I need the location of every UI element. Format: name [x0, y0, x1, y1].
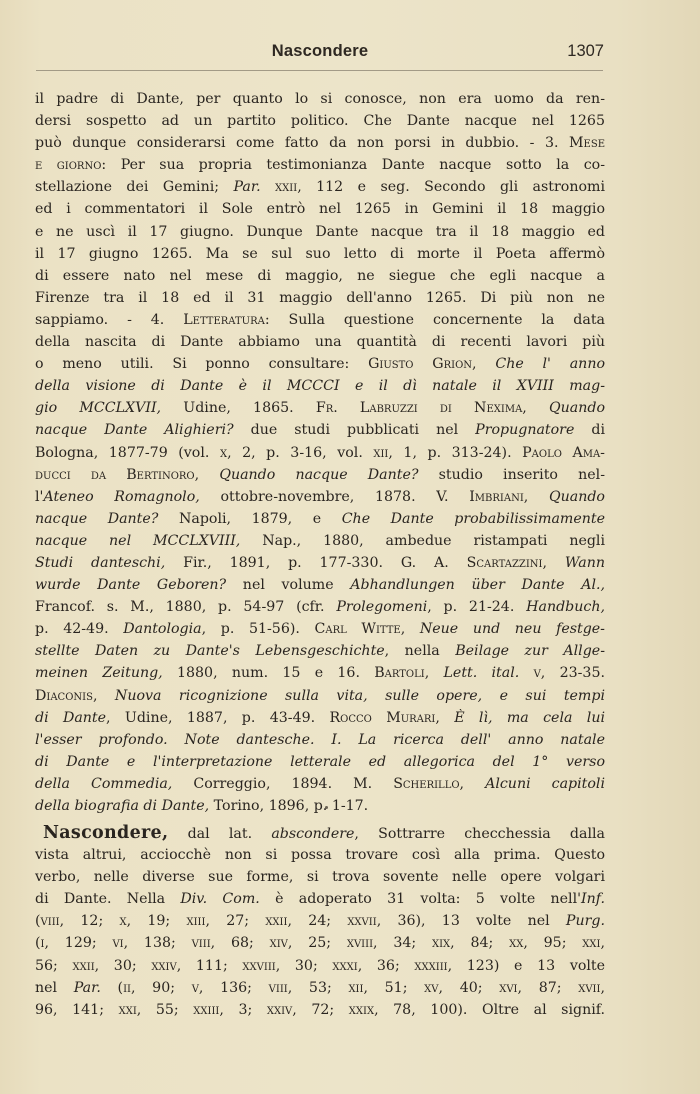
work-title: nacque nel MCCLXVIII, [35, 533, 240, 549]
text-run: , 40; [439, 980, 500, 996]
roman-numeral: x [220, 445, 227, 461]
journal-title: Ateneo Romagnolo, [43, 489, 199, 505]
roman-numeral: xii [373, 445, 388, 461]
text-run: , 34; [373, 935, 432, 951]
text-line: vista altrui, acciocchè non si possa tro… [35, 844, 605, 866]
work-title: nacque Dante Alighieri? [35, 422, 234, 438]
work-title: Prolegomeni [336, 599, 427, 615]
text-run: 96, 141; [35, 1002, 119, 1018]
roman-numeral: xiv [270, 935, 288, 951]
text-run: sappiamo. - 4. [35, 312, 183, 328]
text-line: Firenze tra il 18 ed il 31 maggio dell'a… [35, 287, 605, 309]
text-run: Firenze tra il 18 ed il 31 maggio dell'a… [35, 290, 605, 306]
text-run: di essere nato nel mese di maggio, ne si… [35, 268, 605, 284]
text-line: l'Ateneo Romagnolo, ottobre-novembre, 18… [35, 486, 605, 508]
work-title: Neue und neu festge- [420, 621, 605, 637]
roman-numeral: xxviii [242, 958, 275, 974]
section-heading-letteratura: Letteratura [183, 312, 265, 328]
text-line: della Commedia, Correggio, 1894. M. Sche… [35, 773, 605, 795]
text-line: di Dante. Nella Div. Com. è adoperato 31… [35, 888, 605, 910]
roman-numeral: xxix [349, 1002, 374, 1018]
text-line: il padre di Dante, per quanto lo si cono… [35, 88, 605, 110]
text-run: , 129; [45, 935, 113, 951]
text-line: nacque Dante? Napoli, 1879, e Che Dante … [35, 508, 605, 530]
journal-title: Propugnatore [475, 422, 574, 438]
text-run: , 19; [127, 913, 187, 929]
author-name: Rocco Murari [329, 710, 435, 726]
roman-numeral: xxii [275, 179, 297, 195]
text-run: : Sulla questione concernente la data [265, 312, 605, 328]
text-run: o meno utili. Si ponno consultare: [35, 356, 368, 372]
text-run: , 30; [276, 958, 333, 974]
text-run: Napoli, 1879, e [158, 511, 341, 527]
text-line: Studi danteschi, Fir., 1891, p. 177-330.… [35, 552, 605, 574]
text-run: verbo, nelle diverse sue forme, si trova… [35, 869, 605, 885]
text-run: , [460, 776, 486, 792]
author-name: Imbriani [469, 489, 524, 505]
work-title: È lì, ma cela lui [454, 710, 605, 726]
work-title: Studi danteschi, [35, 555, 165, 571]
work-title: stellte Daten zu Dante's Lebensgeschicht… [35, 643, 385, 659]
text-run: studio inserito nel- [418, 467, 605, 483]
text-line: e ne uscì il 17 giugno. Dunque Dante nac… [35, 221, 605, 243]
text-run: , Sottrarre checchessia dalla [354, 826, 605, 842]
text-run: può dunque considerarsi come fatto da no… [35, 135, 569, 151]
text-run: due studi pubblicati nel [234, 422, 476, 438]
dictionary-entry-nascondere: Nascondere, dal lat. abscondere, Sottrar… [35, 822, 605, 1021]
text-run: , 136; [199, 980, 269, 996]
journal-title: Beilage zur Allge- [455, 643, 605, 659]
roman-numeral: xxxi [332, 958, 357, 974]
text-line: Nascondere, dal lat. abscondere, Sottrar… [35, 822, 605, 844]
work-title: Wann [565, 555, 605, 571]
roman-numeral: xx [509, 935, 523, 951]
text-run: dal lat. [168, 826, 271, 842]
text-run: , 3; [219, 1002, 266, 1018]
text-run: dersi sospetto ad un partito politico. C… [35, 113, 605, 129]
text-run: di Dante. Nella [35, 891, 180, 907]
roman-numeral: xiii [186, 913, 205, 929]
text-line: ducci da Bertinoro, Quando nacque Dante?… [35, 464, 605, 486]
text-line: 56; xxii, 30; xxiv, 111; xxviii, 30; xxx… [35, 955, 605, 977]
text-run: p. 42-49. [35, 621, 123, 637]
roman-numeral: v [534, 665, 541, 681]
text-run: , 111; [177, 958, 243, 974]
citation-work: Div. Com. [180, 891, 259, 907]
roman-numeral: xxi [119, 1002, 137, 1018]
work-title: Quando [549, 489, 605, 505]
text-run: , 90; [131, 980, 192, 996]
author-name: Bartoli [374, 665, 424, 681]
work-title: l'esser profondo. Note dantesche. I. La … [35, 732, 605, 748]
text-line: stellazione dei Gemini; Par. xxii, 112 e… [35, 176, 605, 198]
roman-numeral: xxi [582, 935, 600, 951]
text-run: , p. 51-56). [202, 621, 315, 637]
citation-work: Par. [74, 980, 101, 996]
text-run: nel volume [226, 577, 350, 593]
text-run: il padre di Dante, per quanto lo si cono… [35, 91, 605, 107]
author-name: Fr. Labruzzi di Nexima [316, 400, 522, 416]
roman-numeral: xxiii [193, 1002, 219, 1018]
work-title: nacque Dante? [35, 511, 158, 527]
roman-numeral: viii [192, 935, 211, 951]
page-number: 1307 [567, 42, 604, 61]
text-line: Francof. s. M., 1880, p. 54-97 (cfr. Pro… [35, 596, 605, 618]
author-name: Paolo Ama- [522, 445, 605, 461]
text-run: , [195, 467, 220, 483]
journal-title: meinen Zeitung, [35, 665, 163, 681]
running-title: Nascondere [36, 42, 604, 61]
etymology-term: abscondere [271, 826, 354, 842]
author-name: Carl Witte [315, 621, 401, 637]
text-run: , 68; [211, 935, 270, 951]
author-name: ducci da Bertinoro [35, 467, 195, 483]
text-run: il 17 giugno 1265. Ma se sul suo letto d… [35, 246, 605, 262]
roman-numeral: xii [348, 980, 363, 996]
text-run: , 123) e 13 volte [448, 958, 605, 974]
work-title: Lett. ital. [444, 665, 520, 681]
roman-numeral: ii [123, 980, 131, 996]
text-run: Udine, 1865. [161, 400, 316, 416]
work-title: Handbuch, [526, 599, 605, 615]
text-line: nacque Dante Alighieri? due studi pubbli… [35, 419, 605, 441]
text-run: , 87; [518, 980, 579, 996]
text-run: , [472, 356, 495, 372]
roman-numeral: xvi [499, 980, 517, 996]
text-line: della biografia di Dante, Torino, 1896, … [35, 795, 605, 817]
text-run: , 25; [288, 935, 347, 951]
text-run: , 1, p. 313-24). [388, 445, 522, 461]
text-run: , 138; [124, 935, 192, 951]
author-name: Scherillo [393, 776, 459, 792]
text-run: , [425, 665, 444, 681]
text-line: gio MCCLXVII, Udine, 1865. Fr. Labruzzi … [35, 397, 605, 419]
work-title: gio MCCLXVII, [35, 400, 161, 416]
work-title: della biografia di Dante, [35, 798, 209, 814]
text-line: l'esser profondo. Note dantesche. I. La … [35, 729, 605, 751]
work-title: della Commedia, [35, 776, 172, 792]
text-run: , 84; [450, 935, 509, 951]
text-run: , 30; [95, 958, 152, 974]
text-line: ed i commentatori il Sole entrò nel 1265… [35, 198, 605, 220]
roman-numeral: xxxiii [414, 958, 447, 974]
work-title: della visione di Dante è il MCCCI e il d… [35, 378, 605, 394]
roman-numeral: xxiv [151, 958, 176, 974]
work-title: Abhandlungen über Dante Al., [350, 577, 605, 593]
work-title: di Dante e l'interpretazione letterale e… [35, 754, 605, 770]
text-run: della nascita di Dante abbiamo una quant… [35, 334, 605, 350]
text-line: wurde Dante Geboren? nel volume Abhandlu… [35, 574, 605, 596]
roman-numeral: xix [432, 935, 450, 951]
roman-numeral: vi [112, 935, 123, 951]
text-run: , [524, 489, 549, 505]
text-run: , 24; [287, 913, 347, 929]
citation-work: Inf. [581, 891, 605, 907]
roman-numeral: xvii [578, 980, 600, 996]
text-run: e ne uscì il 17 giugno. Dunque Dante nac… [35, 224, 605, 240]
work-title: di Dante [35, 710, 106, 726]
work-title: Quando nacque Dante? [219, 467, 418, 483]
text-run: , 78, 100). Oltre al signif. [374, 1002, 605, 1018]
text-run: 1880, num. 15 e 16. [163, 665, 375, 681]
text-line: di Dante, Udine, 1887, p. 43-49. Rocco M… [35, 707, 605, 729]
roman-numeral: v [192, 980, 199, 996]
text-line: nel Par. (ii, 90; v, 136; viii, 53; xii,… [35, 977, 605, 999]
text-line: dersi sospetto ad un partito politico. C… [35, 110, 605, 132]
text-line: di Dante e l'interpretazione letterale e… [35, 751, 605, 773]
text-run: Correggio, 1894. M. [172, 776, 393, 792]
text-run [261, 179, 275, 195]
text-run: , 112 e seg. Secondo gli astronomi [297, 179, 605, 195]
text-run: , 27; [205, 913, 265, 929]
text-run: , [543, 555, 565, 571]
text-run: , 23-35. [541, 665, 605, 681]
text-line: (viii, 12; x, 19; xiii, 27; xxii, 24; xx… [35, 910, 605, 932]
text-line: verbo, nelle diverse sue forme, si trova… [35, 866, 605, 888]
text-run: , [93, 688, 115, 704]
text-run: , [522, 400, 549, 416]
text-line: può dunque considerarsi come fatto da no… [35, 132, 605, 154]
author-name: Diaconis [35, 688, 93, 704]
text-run: , 55; [137, 1002, 194, 1018]
text-run: , [601, 935, 606, 951]
text-line: Diaconis, Nuova ricognizione sulla vita,… [35, 685, 605, 707]
text-run: ottobre-novembre, 1878. V. [200, 489, 469, 505]
text-run: , 53; [288, 980, 349, 996]
text-run: , p. 21-24. [427, 599, 526, 615]
header-rule [36, 70, 603, 71]
text-run: , [600, 980, 605, 996]
roman-numeral: xxii [73, 958, 95, 974]
roman-numeral: x [119, 913, 126, 929]
text-line: della visione di Dante è il MCCCI e il d… [35, 375, 605, 397]
text-run: Torino, 1896, p. 1-17. [209, 798, 368, 814]
text-run: , 36), 13 volte nel [377, 913, 566, 929]
citation-work: Purg. [566, 913, 605, 929]
text-run: , 36; [358, 958, 415, 974]
work-title: Nuova ricognizione sulla vita, sulle ope… [115, 688, 605, 704]
text-line: (i, 129; vi, 138; viii, 68; xiv, 25; xvi… [35, 932, 605, 954]
previous-entry-continuation: il padre di Dante, per quanto lo si cono… [35, 88, 605, 817]
text-run: , 51; [363, 980, 424, 996]
text-run [519, 665, 533, 681]
roman-numeral: xv [424, 980, 438, 996]
text-run: , 2, p. 3-16, vol. [227, 445, 373, 461]
work-title: Che Dante probabilissimamente [342, 511, 605, 527]
text-line: 96, 141; xxi, 55; xxiii, 3; xxiv, 72; xx… [35, 999, 605, 1021]
text-line: nacque nel MCCLXVIII, Nap., 1880, ambedu… [35, 530, 605, 552]
text-run: , 12; [60, 913, 120, 929]
text-run: , Udine, 1887, p. 43-49. [106, 710, 329, 726]
text-run: , [401, 621, 420, 637]
text-line: stellte Daten zu Dante's Lebensgeschicht… [35, 640, 605, 662]
text-run: ed i commentatori il Sole entrò nel 1265… [35, 201, 605, 217]
text-run: : Per sua propria testimonianza Dante na… [101, 157, 605, 173]
roman-numeral: viii [269, 980, 288, 996]
text-run: di [574, 422, 605, 438]
work-title: wurde Dante Geboren? [35, 577, 226, 593]
text-line: p. 42-49. Dantologia, p. 51-56). Carl Wi… [35, 618, 605, 640]
text-line: o meno utili. Si ponno consultare: Giust… [35, 353, 605, 375]
text-run: , 95; [523, 935, 582, 951]
work-title: Che l' anno [495, 356, 605, 372]
work-title: Quando [549, 400, 605, 416]
text-line: meinen Zeitung, 1880, num. 15 e 16. Bart… [35, 662, 605, 684]
section-heading-giorno: e giorno [35, 157, 101, 173]
text-run: nel [35, 980, 74, 996]
citation-work: Par. [234, 179, 261, 195]
text-line: e giorno: Per sua propria testimonianza … [35, 154, 605, 176]
work-title: Alcuni capitoli [485, 776, 605, 792]
text-run: ( [101, 980, 123, 996]
text-run: è adoperato 31 volta: 5 volte nell' [260, 891, 581, 907]
text-run: Bologna, 1877-79 (vol. [35, 445, 220, 461]
running-header: Nascondere 1307 [36, 42, 604, 66]
text-line: il 17 giugno 1265. Ma se sul suo letto d… [35, 243, 605, 265]
text-run: vista altrui, acciocchè non si possa tro… [35, 847, 605, 863]
text-run: 56; [35, 958, 73, 974]
text-run: stellazione dei Gemini; [35, 179, 234, 195]
author-name: Scartazzini [467, 555, 543, 571]
text-run: , nella [385, 643, 456, 659]
text-line: sappiamo. - 4. Letteratura: Sulla questi… [35, 309, 605, 331]
text-run: Fir., 1891, p. 177-330. G. A. [165, 555, 466, 571]
text-line: di essere nato nel mese di maggio, ne si… [35, 265, 605, 287]
roman-numeral: xxvii [347, 913, 376, 929]
text-line: della nascita di Dante abbiamo una quant… [35, 331, 605, 353]
text-run: Nap., 1880, ambedue ristampati negli [240, 533, 605, 549]
work-title: Dantologia [123, 621, 201, 637]
text-run: , 72; [292, 1002, 349, 1018]
roman-numeral: viii [41, 913, 60, 929]
author-name: Giusto Grion [368, 356, 472, 372]
section-separator-dot [325, 806, 328, 809]
entry-headword: Nascondere, [35, 823, 168, 843]
roman-numeral: xxii [265, 913, 287, 929]
text-line: Bologna, 1877-79 (vol. x, 2, p. 3-16, vo… [35, 442, 605, 464]
roman-numeral: xviii [347, 935, 373, 951]
section-heading-mese: Mese [569, 135, 605, 151]
text-run: , [435, 710, 454, 726]
text-run: Francof. s. M., 1880, p. 54-97 (cfr. [35, 599, 336, 615]
roman-numeral: xxiv [267, 1002, 292, 1018]
